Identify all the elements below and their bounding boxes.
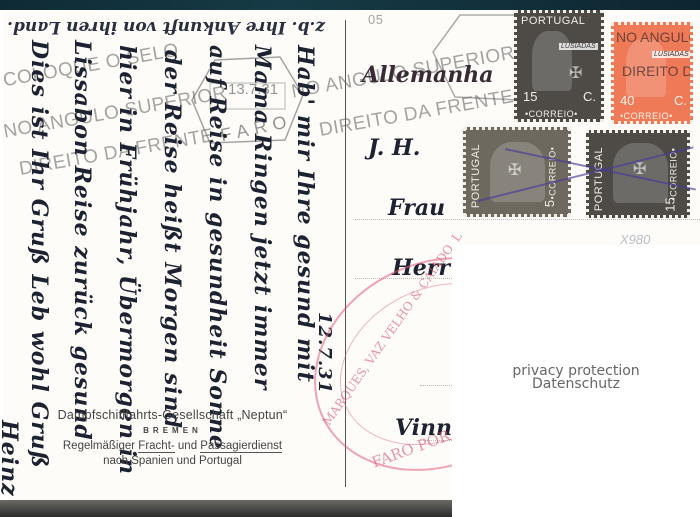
scan-border-bottom: [0, 500, 452, 517]
scan-border-top: [0, 0, 700, 10]
handwriting-column-3: auf Reise in gesundheit Sonne: [204, 45, 230, 450]
stamp-15c-top: PORTUGAL LUSIADAS ✠ 15 C. •CORREIO•: [514, 10, 604, 122]
stamp-40c: LUSIADAS 40 C. •CORREIO• NO ANGULO DIREI…: [611, 22, 693, 124]
stamp-label: •CORREIO•: [668, 148, 678, 201]
company-route: nach Spanien und Portugal: [0, 455, 345, 467]
service-fracht: Fracht-: [138, 440, 174, 453]
address-initials: J. H.: [368, 135, 420, 161]
stamp-15c-bottom: PORTUGAL ✠ 15 •CORREIO•: [586, 130, 690, 218]
company-name: Dampfschifffahrts-Gesellschaft „Neptun“: [0, 408, 345, 422]
stamp-label: •CORREIO•: [620, 111, 673, 121]
service-passagier: Passagierdienst: [200, 440, 282, 453]
orange-overprint-1: NO ANGULO: [616, 29, 693, 45]
stamp-value: 40: [620, 93, 634, 108]
stamp-5c: PORTUGAL ✠ 5 •CORREIO•: [463, 127, 571, 217]
company-city: BREMEN: [0, 426, 345, 435]
stamp-label: •CORREIO•: [525, 109, 578, 119]
service-prefix: Regelmäßiger: [63, 440, 138, 452]
stamp-value: 15: [523, 89, 537, 104]
handwriting-column-6: Lissabon Reise zurück gesund: [69, 40, 95, 441]
handwriting-column-7: Dies ist Ihr Gruß Leb wohl Gruß: [26, 40, 52, 469]
stamp-unit: C.: [583, 89, 596, 104]
privacy-overlay: privacy protection Datenschutz: [452, 245, 700, 517]
stamp-label: •CORREIO•: [547, 147, 557, 200]
stamp-subtitle: LUSIADAS: [652, 51, 691, 58]
address-country: Allemanha: [362, 62, 494, 88]
stamp-subtitle: LUSIADAS: [559, 43, 598, 50]
stamp-figure-icon: [532, 31, 572, 91]
orange-overprint-2: DIREITO D: [622, 63, 693, 79]
stamp-country: PORTUGAL: [521, 15, 585, 27]
handwriting-column-2: Mama Ringen jetzt immer: [249, 45, 275, 390]
cross-icon: ✠: [569, 63, 582, 83]
handwriting-top-line: z.b. Ihre Ankunft von ihren Land.: [7, 17, 325, 37]
handwriting-column-4: der Reise heißt Morgen sind: [159, 50, 185, 429]
service-mid: und: [175, 440, 201, 452]
privacy-text-de: Datenschutz: [452, 376, 700, 392]
address-dotted-line-1: [355, 219, 700, 220]
stamp-unit: C.: [674, 93, 687, 108]
cross-icon: ✠: [508, 160, 521, 180]
address-line-frau: Frau: [388, 195, 445, 221]
company-service: Regelmäßiger Fracht- und Passagierdienst: [0, 440, 345, 452]
stamp-country: PORTUGAL: [593, 147, 605, 211]
postmark-fragment: 05: [368, 12, 383, 27]
stamp-value: 5: [542, 200, 557, 207]
